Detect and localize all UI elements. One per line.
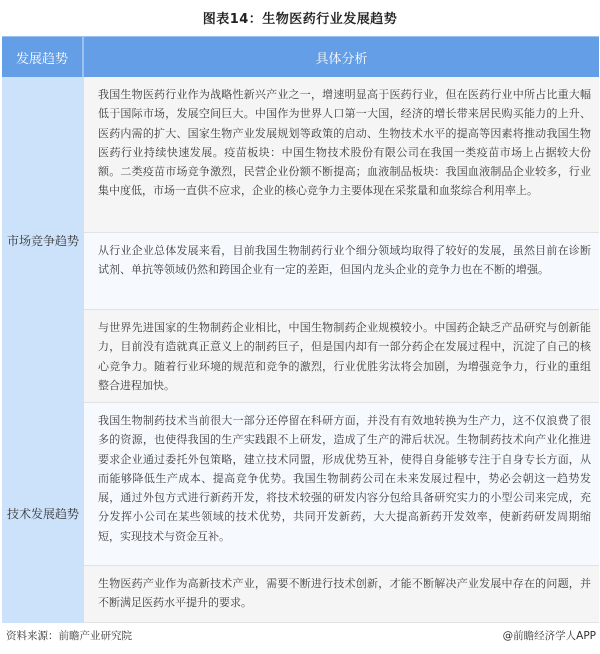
source-note: 资料来源：前瞻产业研究院 <box>6 628 132 643</box>
category-cell: 市场竞争趋势 <box>2 77 84 403</box>
table-row: 从行业企业总体发展来看，目前我国生物制药行业个细分领域均取得了较好的发展，虽然目… <box>84 233 599 310</box>
table-row: 我国生物医药行业作为战略性新兴产业之一，增速明显高于医药行业，但在医药行业中所占… <box>84 77 599 233</box>
figure-title: 图表14：生物医药行业发展趋势 <box>0 8 600 27</box>
category-cell: 技术发展趋势 <box>2 403 84 623</box>
group-market-competition: 市场竞争趋势 我国生物医药行业作为战略性新兴产业之一，增速明显高于医药行业，但在… <box>2 77 599 403</box>
table-header: 发展趋势 具体分析 <box>2 36 599 77</box>
trend-table: 发展趋势 具体分析 市场竞争趋势 我国生物医药行业作为战略性新兴产业之一，增速明… <box>2 36 599 623</box>
table-row: 生物医药产业作为高新技术产业，需要不断进行技术创新，才能不断解决产业发展中存在的… <box>84 566 599 623</box>
header-analysis: 具体分析 <box>84 36 599 77</box>
table-row: 我国生物制药技术当前很大一部分还停留在科研方面，并没有有效地转换为生产力，这不仅… <box>84 403 599 566</box>
credit-note: @前瞻经济学人APP <box>503 628 596 643</box>
group-technology-development: 技术发展趋势 我国生物制药技术当前很大一部分还停留在科研方面，并没有有效地转换为… <box>2 403 599 623</box>
header-trend: 发展趋势 <box>2 36 84 77</box>
footer: 资料来源：前瞻产业研究院 @前瞻经济学人APP <box>6 628 596 643</box>
table-row: 与世界先进国家的生物制药企业相比，中国生物制药企业规模较小。中国药企缺乏产品研究… <box>84 310 599 403</box>
